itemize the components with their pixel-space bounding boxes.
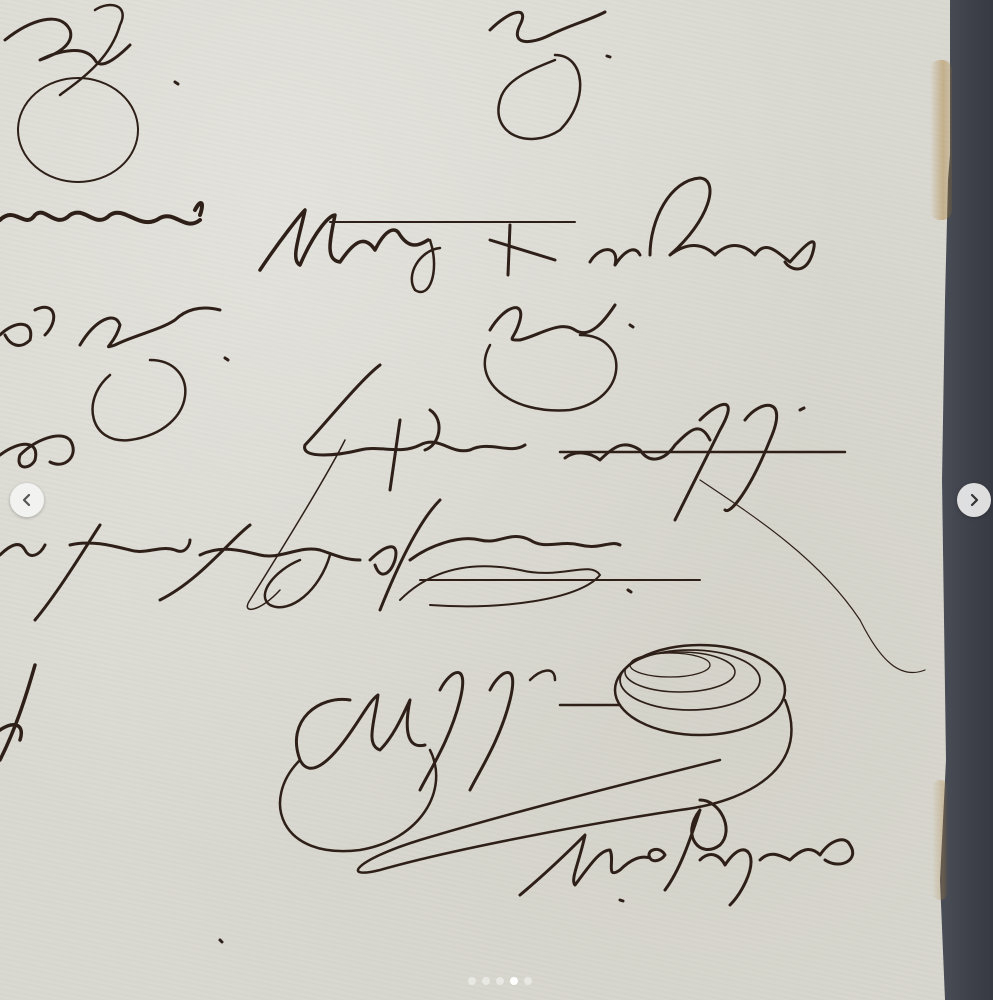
signature-1-mark <box>485 305 633 410</box>
left-fragment-2 <box>0 307 228 440</box>
pagination-dot-3[interactable] <box>496 977 504 985</box>
pagination-dot-2[interactable] <box>482 977 490 985</box>
chevron-left-icon <box>20 493 34 507</box>
top-left-mark <box>5 5 178 182</box>
chevron-right-icon <box>967 493 981 507</box>
previous-slide-button[interactable]: Previous <box>10 483 44 517</box>
next-slide-button[interactable]: Next <box>957 483 991 517</box>
signature-4 <box>280 645 791 873</box>
image-carousel: Previous Next <box>0 0 993 1000</box>
pagination-dot-5[interactable] <box>524 977 532 985</box>
handwriting-ink <box>0 0 950 1000</box>
signature-2 <box>247 365 925 673</box>
signature-4-title <box>520 800 853 905</box>
signature-3 <box>0 500 700 620</box>
top-center-mark <box>490 12 610 139</box>
pagination-dot-4-active[interactable] <box>510 977 518 985</box>
pagination-dot-1[interactable] <box>468 977 476 985</box>
left-fragment-4 <box>0 665 35 760</box>
signature-1 <box>260 178 814 292</box>
left-fragment-3 <box>0 436 73 467</box>
carousel-pagination <box>468 977 532 985</box>
left-fragment-1 <box>0 203 202 224</box>
